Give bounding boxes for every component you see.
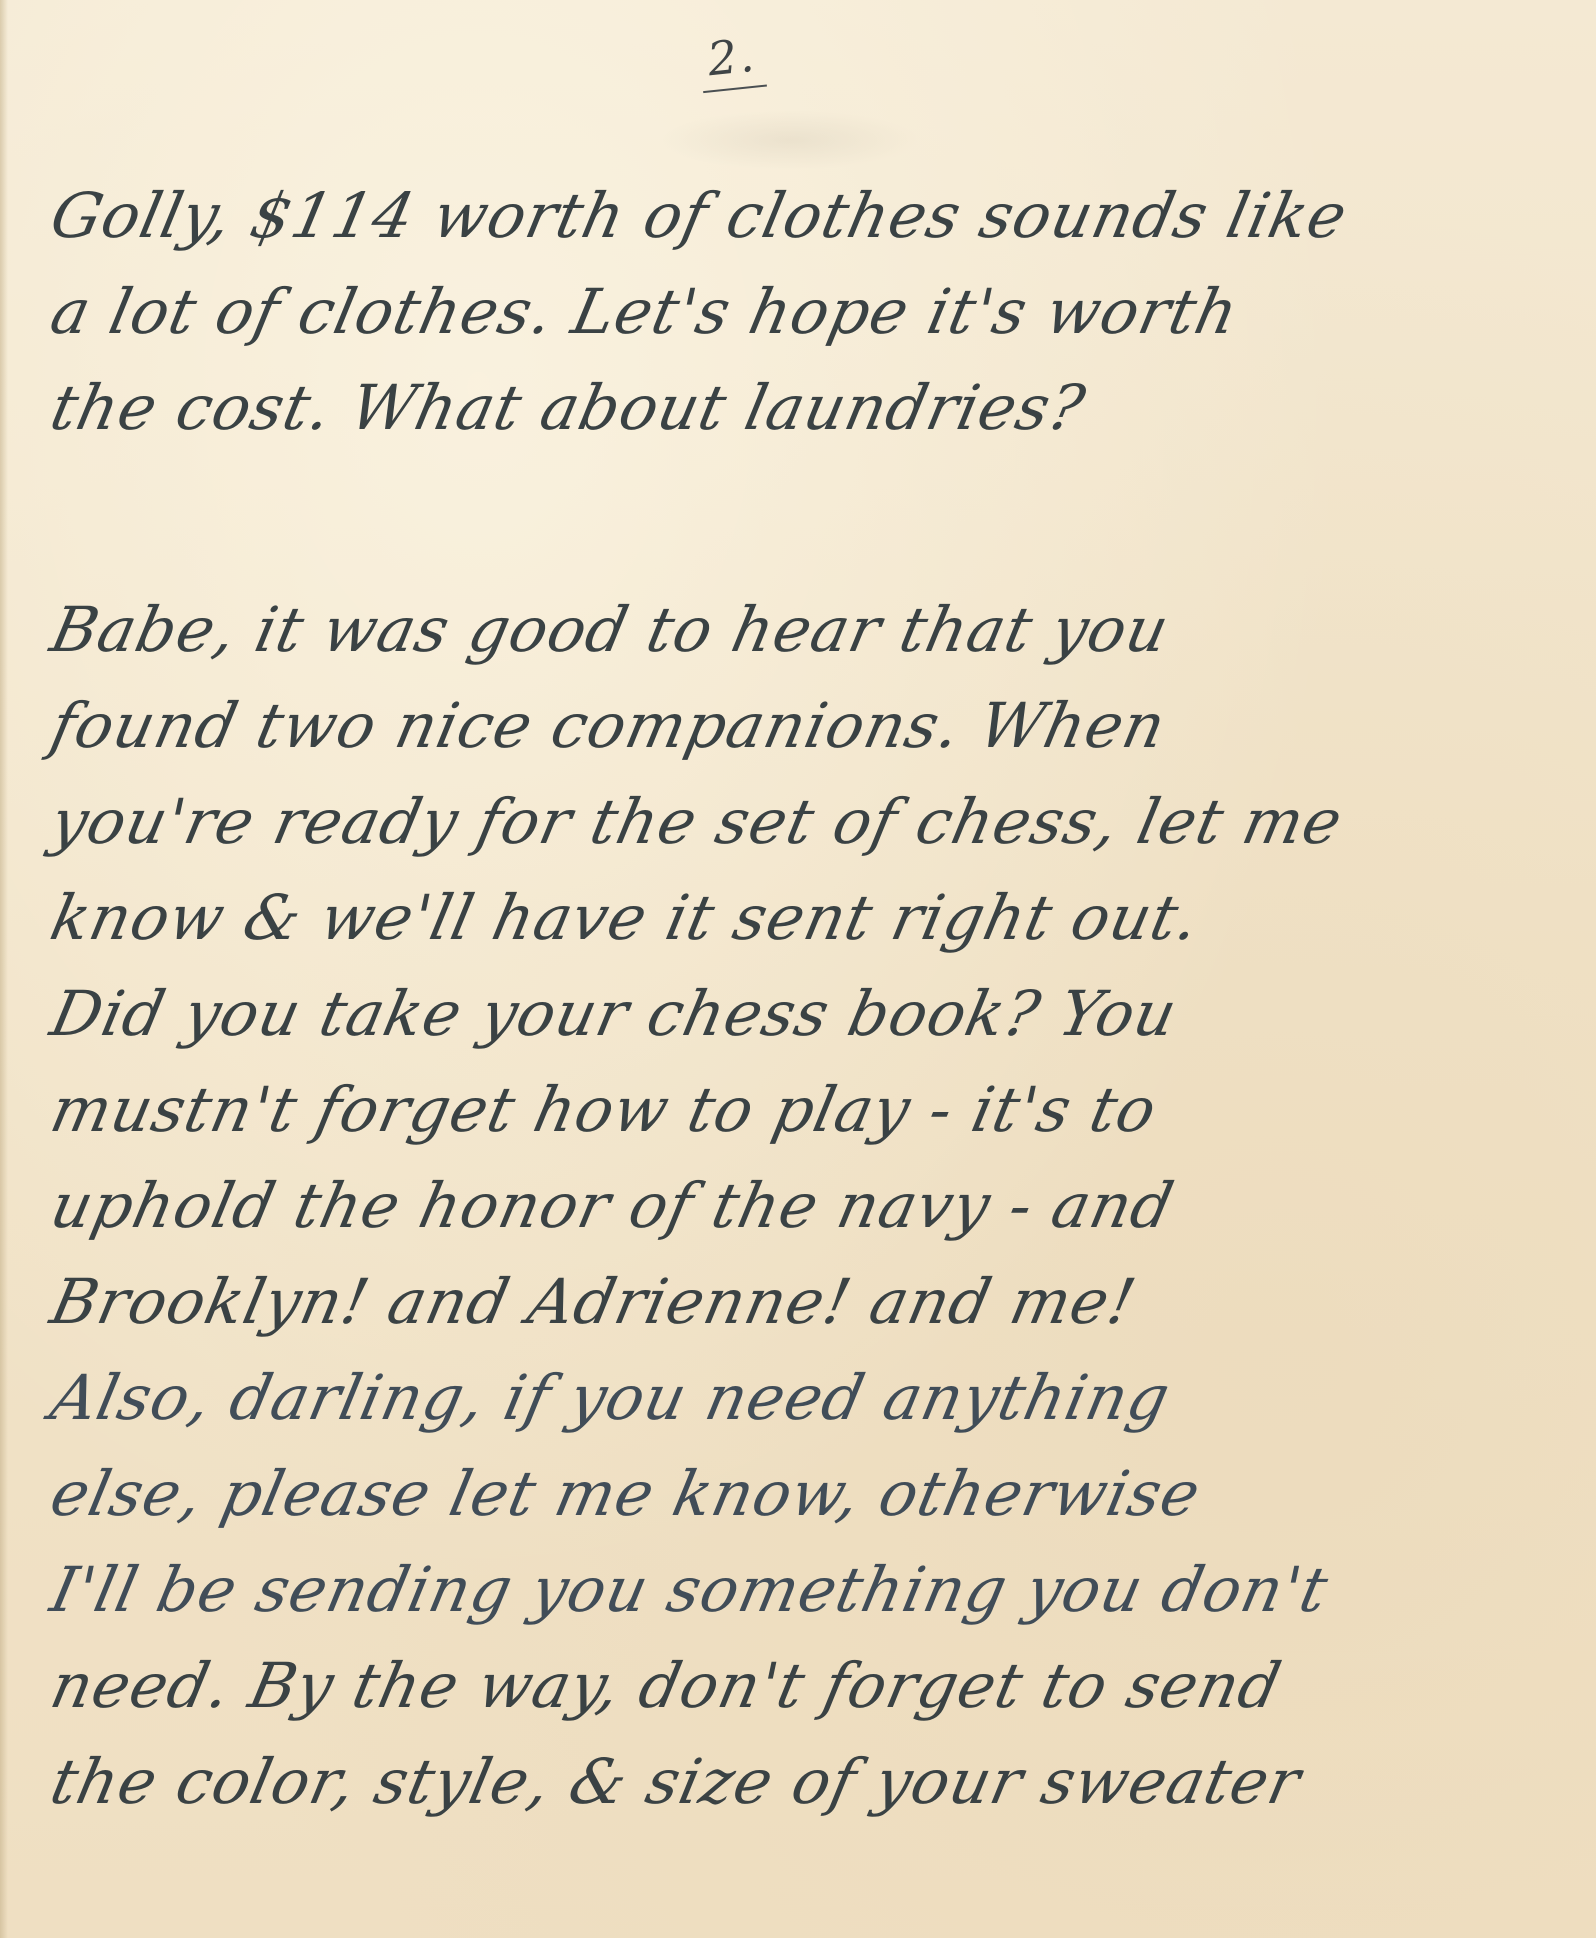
text-line: know & we'll have it sent right out. [42, 870, 1596, 966]
text-line: found two nice companions. When [42, 678, 1596, 774]
text-line: Golly, $114 worth of clothes sounds like [42, 168, 1596, 264]
text-line: I'll be sending you something you don't [42, 1542, 1596, 1638]
paragraph-1: Golly, $114 worth of clothes sounds like… [42, 168, 1582, 456]
text-line: else, please let me know, otherwise [42, 1446, 1596, 1542]
text-line: the color, style, & size of your sweater [42, 1734, 1596, 1830]
text-line: the cost. What about laundries? [42, 360, 1596, 456]
paragraph-gap [42, 456, 1582, 582]
text-line: need. By the way, don't forget to send [42, 1638, 1596, 1734]
text-line: you're ready for the set of chess, let m… [42, 774, 1596, 870]
paper-edge-shadow [0, 0, 8, 1938]
text-line: Brooklyn! and Adrienne! and me! [42, 1254, 1596, 1350]
text-line: uphold the honor of the navy - and [42, 1158, 1596, 1254]
page-number: 2. [697, 27, 767, 93]
bleed-through-mark [660, 110, 920, 170]
text-line: Also, darling, if you need anything [42, 1350, 1596, 1446]
text-line: Babe, it was good to hear that you [42, 582, 1596, 678]
paragraph-2: Babe, it was good to hear that you found… [42, 582, 1582, 1830]
text-line: Did you take your chess book? You [42, 966, 1596, 1062]
text-line: mustn't forget how to play - it's to [42, 1062, 1596, 1158]
letter-page: 2. Golly, $114 worth of clothes sounds l… [0, 0, 1596, 1938]
letter-body: Golly, $114 worth of clothes sounds like… [42, 168, 1582, 1830]
text-line: a lot of clothes. Let's hope it's worth [42, 264, 1596, 360]
